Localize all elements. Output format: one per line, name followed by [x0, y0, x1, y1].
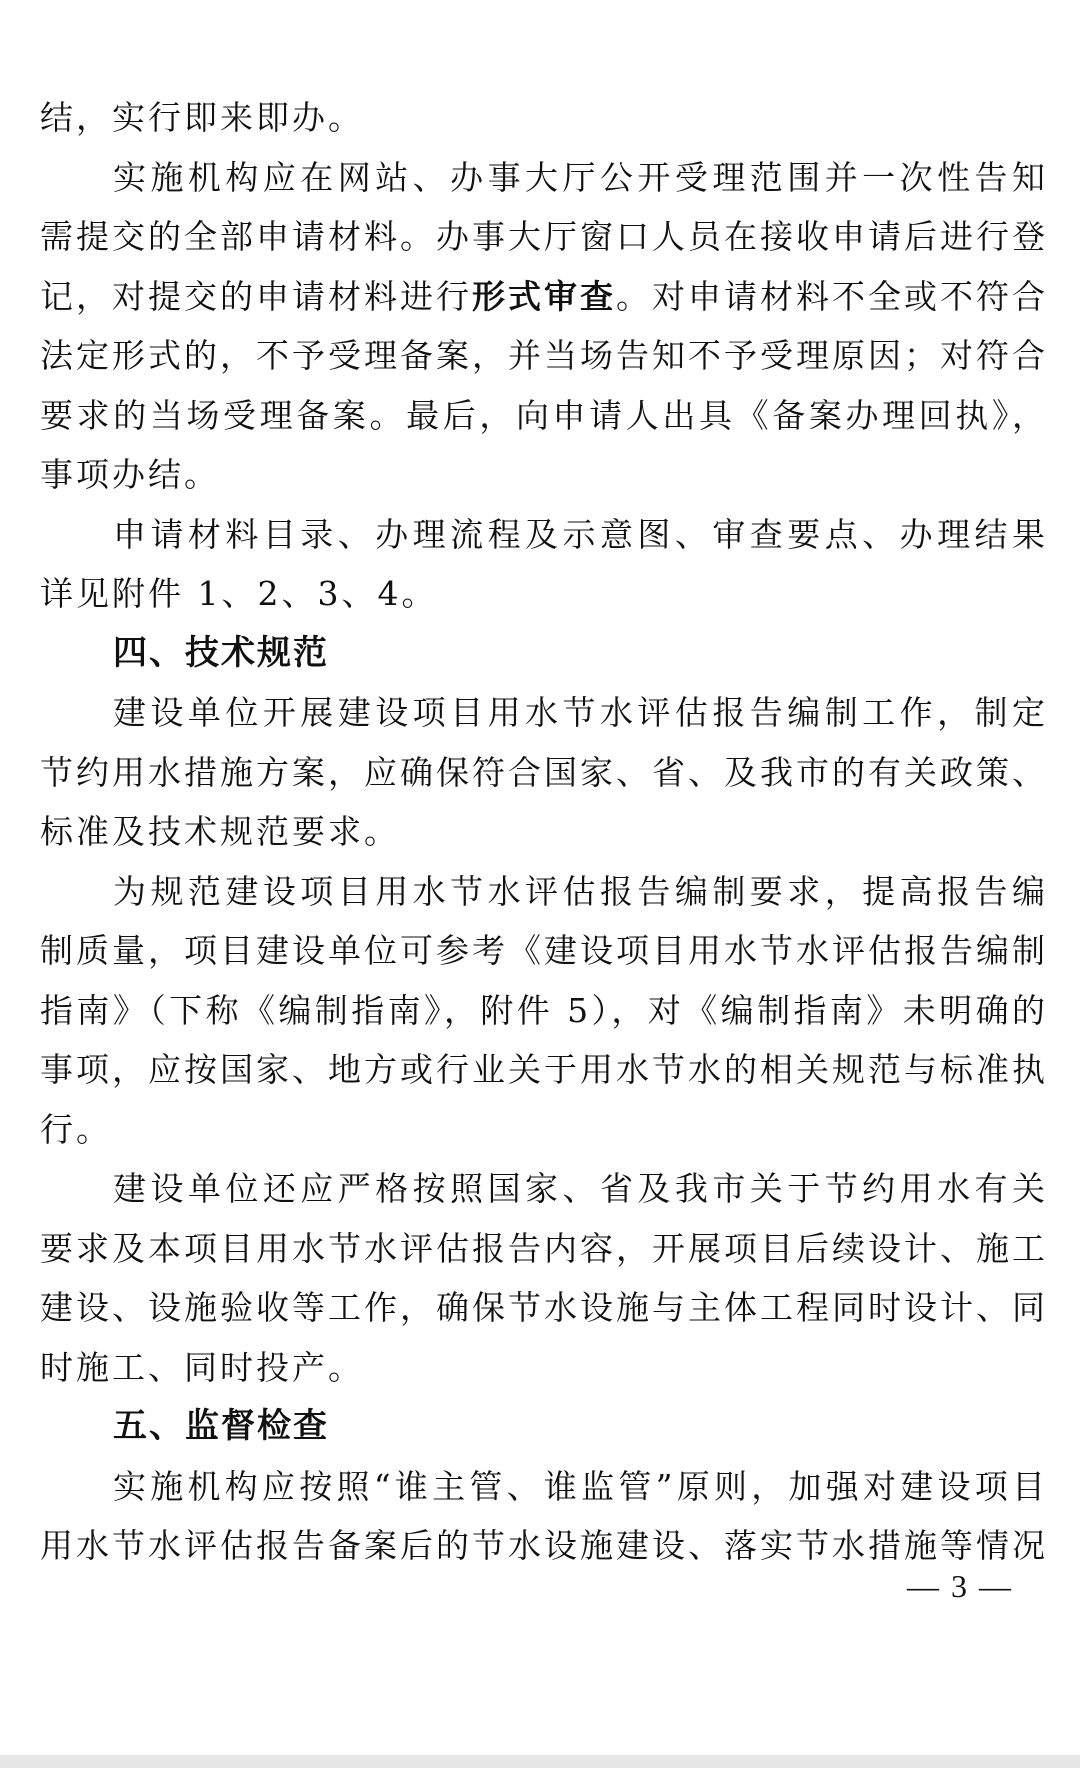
emphasis-formal-review: 形式审查 [472, 277, 616, 316]
paragraph-attachments-reference: 申请材料目录、办理流程及示意图、审查要点、办理结果详见附件 1、2、3、4。 [40, 505, 1048, 624]
paragraph-text: 为规范建设项目用水节水评估报告编制要求，提高报告编制质量，项目建设单位可参考《建… [40, 872, 1048, 1149]
paragraph-supervision-principle: 实施机构应按照“谁主管、谁监管”原则，加强对建设项目用水节水评估报告备案后的节水… [40, 1457, 1048, 1576]
paragraph-technical-requirements: 建设单位开展建设项目用水节水评估报告编制工作，制定节约用水措施方案，应确保符合国… [40, 683, 1048, 862]
document-body: 结，实行即来即办。 实施机构应在网站、办事大厅公开受理范围并一次性告知需提交的全… [40, 88, 1048, 1576]
paragraph-text: 实施机构应按照“谁主管、谁监管”原则，加强对建设项目用水节水评估报告备案后的节水… [40, 1467, 1048, 1566]
page-number: — 3 — [900, 1568, 1020, 1605]
section-heading-technical-standards: 四、技术规范 [40, 624, 1048, 684]
section-heading-supervision: 五、监督检查 [40, 1397, 1048, 1457]
paragraph-text: 建设单位开展建设项目用水节水评估报告编制工作，制定节约用水措施方案，应确保符合国… [40, 693, 1048, 851]
paragraph-text: 建设单位还应严格按照国家、省及我市关于节约用水有关要求及本项目用水节水评估报告内… [40, 1169, 1048, 1387]
paragraph-text: 申请材料目录、办理流程及示意图、审查要点、办理结果详见附件 1、2、3、4。 [40, 515, 1048, 614]
document-page: 结，实行即来即办。 实施机构应在网站、办事大厅公开受理范围并一次性告知需提交的全… [0, 0, 1080, 1755]
paragraph-continuation: 结，实行即来即办。 [40, 88, 1048, 148]
paragraph-text: 结，实行即来即办。 [40, 98, 364, 137]
viewer-bottom-edge [0, 1755, 1080, 1768]
paragraph-acceptance-procedure: 实施机构应在网站、办事大厅公开受理范围并一次性告知需提交的全部申请材料。办事大厅… [40, 148, 1048, 505]
paragraph-compilation-guide: 为规范建设项目用水节水评估报告编制要求，提高报告编制质量，项目建设单位可参考《建… [40, 862, 1048, 1160]
paragraph-construction-requirements: 建设单位还应严格按照国家、省及我市关于节约用水有关要求及本项目用水节水评估报告内… [40, 1159, 1048, 1397]
